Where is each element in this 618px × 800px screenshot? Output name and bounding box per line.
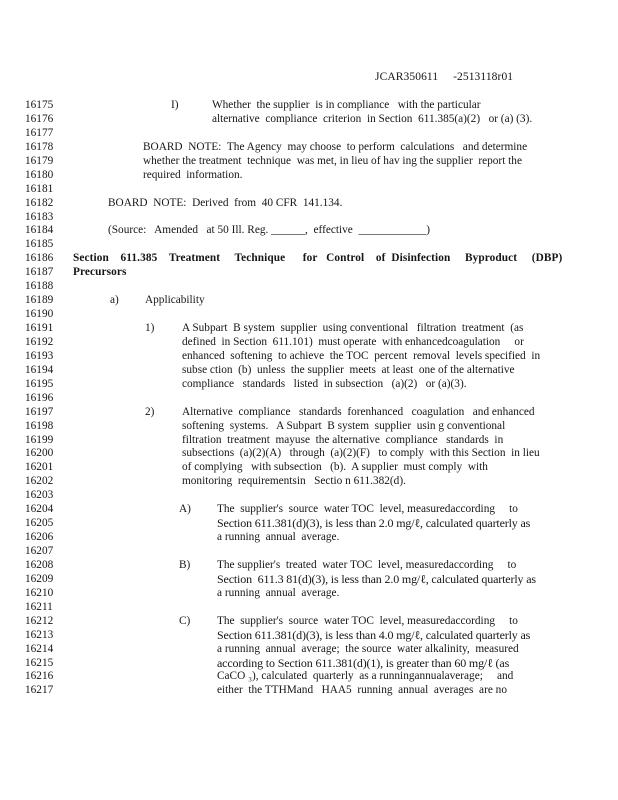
doc-line: 16215according to Section 611.381(d)(1),… (0, 657, 618, 671)
doc-line: 16188 (0, 280, 618, 294)
line-number: 16206 (25, 531, 53, 545)
line-number: 16189 (25, 294, 53, 308)
line-text: either the TTHMand HAA5 running annual a… (217, 684, 507, 698)
line-number: 16186 (25, 252, 53, 266)
line-text: subse ction (b) unless the supplier meet… (182, 364, 515, 378)
doc-line: 161972)Alternative compliance standards … (0, 406, 618, 420)
line-text: Section 611.381(d)(3), is less than 2.0 … (217, 517, 530, 531)
doc-line: 16176alternative compliance criterion in… (0, 113, 618, 127)
doc-line: 16203 (0, 489, 618, 503)
line-number: 16217 (25, 684, 53, 698)
line-number: 16188 (25, 280, 53, 294)
line-number: 16212 (25, 615, 53, 629)
line-number: 16181 (25, 183, 53, 197)
doc-line: 16194subse ction (b) unless the supplier… (0, 364, 618, 378)
doc-line: 16177 (0, 127, 618, 141)
doc-line: 16187Precursors (0, 266, 618, 280)
document-page: JCAR350611 -2513118r01 16175I)Whether th… (0, 0, 618, 800)
line-text: of complying with subsection (b). A supp… (182, 461, 488, 475)
doc-id-header: JCAR350611 -2513118r01 (375, 71, 513, 83)
line-text: according to Section 611.381(d)(1), is g… (217, 657, 509, 671)
line-text: filtration treatment mayuse the alternat… (182, 434, 503, 448)
item-marker: C) (179, 615, 190, 629)
line-number: 16207 (25, 545, 53, 559)
line-number: 16200 (25, 447, 53, 461)
line-text: whether the treatment technique was met,… (143, 155, 522, 169)
line-number: 16199 (25, 434, 53, 448)
doc-line: 16195compliance standards listed in subs… (0, 378, 618, 392)
line-number: 16190 (25, 308, 53, 322)
line-text: BOARD NOTE: Derived from 40 CFR 141.134. (108, 197, 342, 211)
item-marker: 1) (145, 322, 154, 336)
doc-line: 16193enhanced softening to achieve the T… (0, 350, 618, 364)
line-number: 16203 (25, 489, 53, 503)
doc-line: 16189a)Applicability (0, 294, 618, 308)
doc-line: 16213Section 611.381(d)(3), is less than… (0, 629, 618, 643)
line-text: softening systems. A Subpart B system su… (182, 420, 505, 434)
line-number: 16180 (25, 169, 53, 183)
line-number: 16194 (25, 364, 53, 378)
item-marker: I) (171, 99, 179, 113)
line-text: a running annual average. (217, 531, 339, 545)
doc-line: 16212C)The supplier's source water TOC l… (0, 615, 618, 629)
doc-line: 16192defined in Section 611.101) must op… (0, 336, 618, 350)
line-number: 16192 (25, 336, 53, 350)
line-text: defined in Section 611.101) must operate… (182, 336, 524, 350)
line-number: 16208 (25, 559, 53, 573)
doc-line: 16214a running annual average; the sourc… (0, 643, 618, 657)
line-text: Alternative compliance standards forenha… (182, 406, 535, 420)
line-number: 16185 (25, 238, 53, 252)
line-number: 16204 (25, 503, 53, 517)
line-number: 16183 (25, 211, 53, 225)
line-number: 16201 (25, 461, 53, 475)
doc-line: 16211 (0, 601, 618, 615)
doc-line: 16207 (0, 545, 618, 559)
doc-line: 16184(Source: Amended at 50 Ill. Reg. __… (0, 224, 618, 238)
doc-line: 16209Section 611.3 81(d)(3), is less tha… (0, 573, 618, 587)
doc-line: 16186Section 611.385 Treatment Technique… (0, 252, 618, 266)
line-number: 16182 (25, 197, 53, 211)
doc-line: 16178BOARD NOTE: The Agency may choose t… (0, 141, 618, 155)
line-number: 16175 (25, 99, 53, 113)
doc-line: 16205Section 611.381(d)(3), is less than… (0, 517, 618, 531)
line-number: 16213 (25, 629, 53, 643)
line-text: enhanced softening to achieve the TOC pe… (182, 350, 540, 364)
line-number: 16197 (25, 406, 53, 420)
line-number: 16184 (25, 224, 53, 238)
doc-line: 16190 (0, 308, 618, 322)
line-number: 16209 (25, 573, 53, 587)
doc-line: 16217either the TTHMand HAA5 running ann… (0, 684, 618, 698)
line-text: (Source: Amended at 50 Ill. Reg. ______,… (108, 224, 430, 238)
doc-body: 16175I)Whether the supplier is in compli… (0, 99, 618, 698)
line-text: monitoring requirementsin Sectio n 611.3… (182, 475, 406, 489)
line-text: The supplier's treated water TOC level, … (217, 559, 516, 573)
item-marker: a) (110, 294, 119, 308)
line-number: 16198 (25, 420, 53, 434)
doc-line: 16206a running annual average. (0, 531, 618, 545)
doc-line: 16183 (0, 211, 618, 225)
line-number: 16210 (25, 587, 53, 601)
line-text: Section 611.385 Treatment Technique for … (73, 252, 562, 266)
item-marker: A) (179, 503, 191, 517)
line-text: The supplier's source water TOC level, m… (217, 615, 518, 629)
doc-line: 16199filtration treatment mayuse the alt… (0, 434, 618, 448)
doc-line: 161911)A Subpart B system supplier using… (0, 322, 618, 336)
line-number: 16191 (25, 322, 53, 336)
line-text: a running annual average; the source wat… (217, 643, 519, 657)
line-text: a running annual average. (217, 587, 339, 601)
doc-line: 16180required information. (0, 169, 618, 183)
doc-line: 16181 (0, 183, 618, 197)
doc-line: 16198softening systems. A Subpart B syst… (0, 420, 618, 434)
doc-line: 16201of complying with subsection (b). A… (0, 461, 618, 475)
doc-line: 16196 (0, 392, 618, 406)
item-marker: B) (179, 559, 190, 573)
line-number: 16202 (25, 475, 53, 489)
line-text: compliance standards listed in subsectio… (182, 378, 467, 392)
doc-line: 16202monitoring requirementsin Sectio n … (0, 475, 618, 489)
doc-line: 16175I)Whether the supplier is in compli… (0, 99, 618, 113)
doc-line: 16200subsections (a)(2)(A) through (a)(2… (0, 447, 618, 461)
line-number: 16179 (25, 155, 53, 169)
line-text: Section 611.381(d)(3), is less than 4.0 … (217, 629, 530, 643)
item-marker: 2) (145, 406, 154, 420)
line-text: BOARD NOTE: The Agency may choose to per… (143, 141, 527, 155)
line-number: 16187 (25, 266, 53, 280)
doc-line: 16208B)The supplier's treated water TOC … (0, 559, 618, 573)
line-number: 16196 (25, 392, 53, 406)
line-number: 16195 (25, 378, 53, 392)
doc-line: 16185 (0, 238, 618, 252)
line-text: Whether the supplier is in compliance wi… (212, 99, 481, 113)
line-text: subsections (a)(2)(A) through (a)(2)(F) … (182, 447, 540, 461)
line-text: Section 611.3 81(d)(3), is less than 2.0… (217, 573, 536, 587)
line-number: 16178 (25, 141, 53, 155)
line-number: 16177 (25, 127, 53, 141)
line-number: 16215 (25, 657, 53, 671)
doc-line: 16179whether the treatment technique was… (0, 155, 618, 169)
line-text: Applicability (145, 294, 205, 308)
doc-line: 16204A)The supplier's source water TOC l… (0, 503, 618, 517)
line-number: 16216 (25, 670, 53, 684)
line-text: required information. (143, 169, 242, 183)
line-text: CaCO ₃), calculated quarterly as a runni… (217, 670, 513, 684)
doc-line: 16210a running annual average. (0, 587, 618, 601)
line-number: 16205 (25, 517, 53, 531)
doc-line: 16216CaCO ₃), calculated quarterly as a … (0, 670, 618, 684)
line-number: 16214 (25, 643, 53, 657)
line-number: 16211 (25, 601, 53, 615)
line-text: A Subpart B system supplier using conven… (182, 322, 523, 336)
line-text: The supplier's source water TOC level, m… (217, 503, 518, 517)
line-text: Precursors (73, 266, 127, 280)
line-number: 16176 (25, 113, 53, 127)
doc-line: 16182BOARD NOTE: Derived from 40 CFR 141… (0, 197, 618, 211)
line-text: alternative compliance criterion in Sect… (212, 113, 532, 127)
line-number: 16193 (25, 350, 53, 364)
